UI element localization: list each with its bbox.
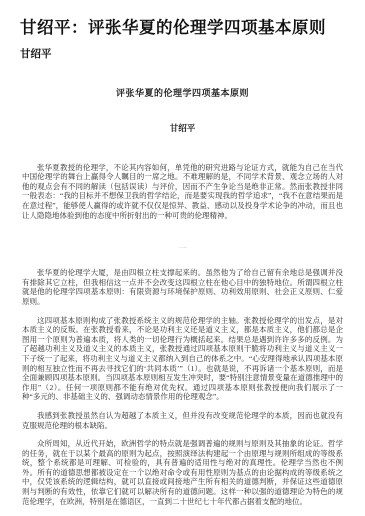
section-one-marker: 一 <box>22 245 343 253</box>
paragraph: 张华夏的伦理学大厦，是由四根立柱支撑起来的。虽然他为了给自己留有余地总是强调并没… <box>22 268 343 306</box>
page-author: 甘绍平 <box>20 46 345 61</box>
paragraph: 众所周知，从近代开始，欧洲哲学的特点就是强调普遍的规则与原则及其抽象的论证。哲学… <box>22 439 343 506</box>
page-header: 甘绍平：评张华夏的伦理学四项基本原则 甘绍平 <box>0 0 365 61</box>
paragraph: 张华夏教授的伦理学，不论其内容如何，单凭他的研究进路与论证方式，就能为自己在当代… <box>22 163 343 221</box>
document-title: 评张华夏的伦理学四项基本原则 <box>22 86 343 99</box>
document-author: 甘绍平 <box>22 122 343 134</box>
paragraph: 我感到张教授虽然自认为超越了本质主义，但并没有改变规范伦理学的本质，因而也就没有… <box>22 411 343 430</box>
paragraph: 这四项基本原则构成了张教授系统主义的规范伦理学的主轴。张教授伦理学的出发点，是对… <box>22 316 343 402</box>
article-page: 甘绍平：评张华夏的伦理学四项基本原则 甘绍平 评张华夏的伦理学四项基本原则 甘绍… <box>0 0 365 516</box>
page-title: 甘绍平：评张华夏的伦理学四项基本原则 <box>20 18 345 39</box>
document-content: 评张华夏的伦理学四项基本原则 甘绍平 张华夏教授的伦理学，不论其内容如何，单凭他… <box>22 86 343 507</box>
document-body: 张华夏教授的伦理学，不论其内容如何，单凭他的研究进路与论证方式，就能为自己在当代… <box>22 163 343 507</box>
